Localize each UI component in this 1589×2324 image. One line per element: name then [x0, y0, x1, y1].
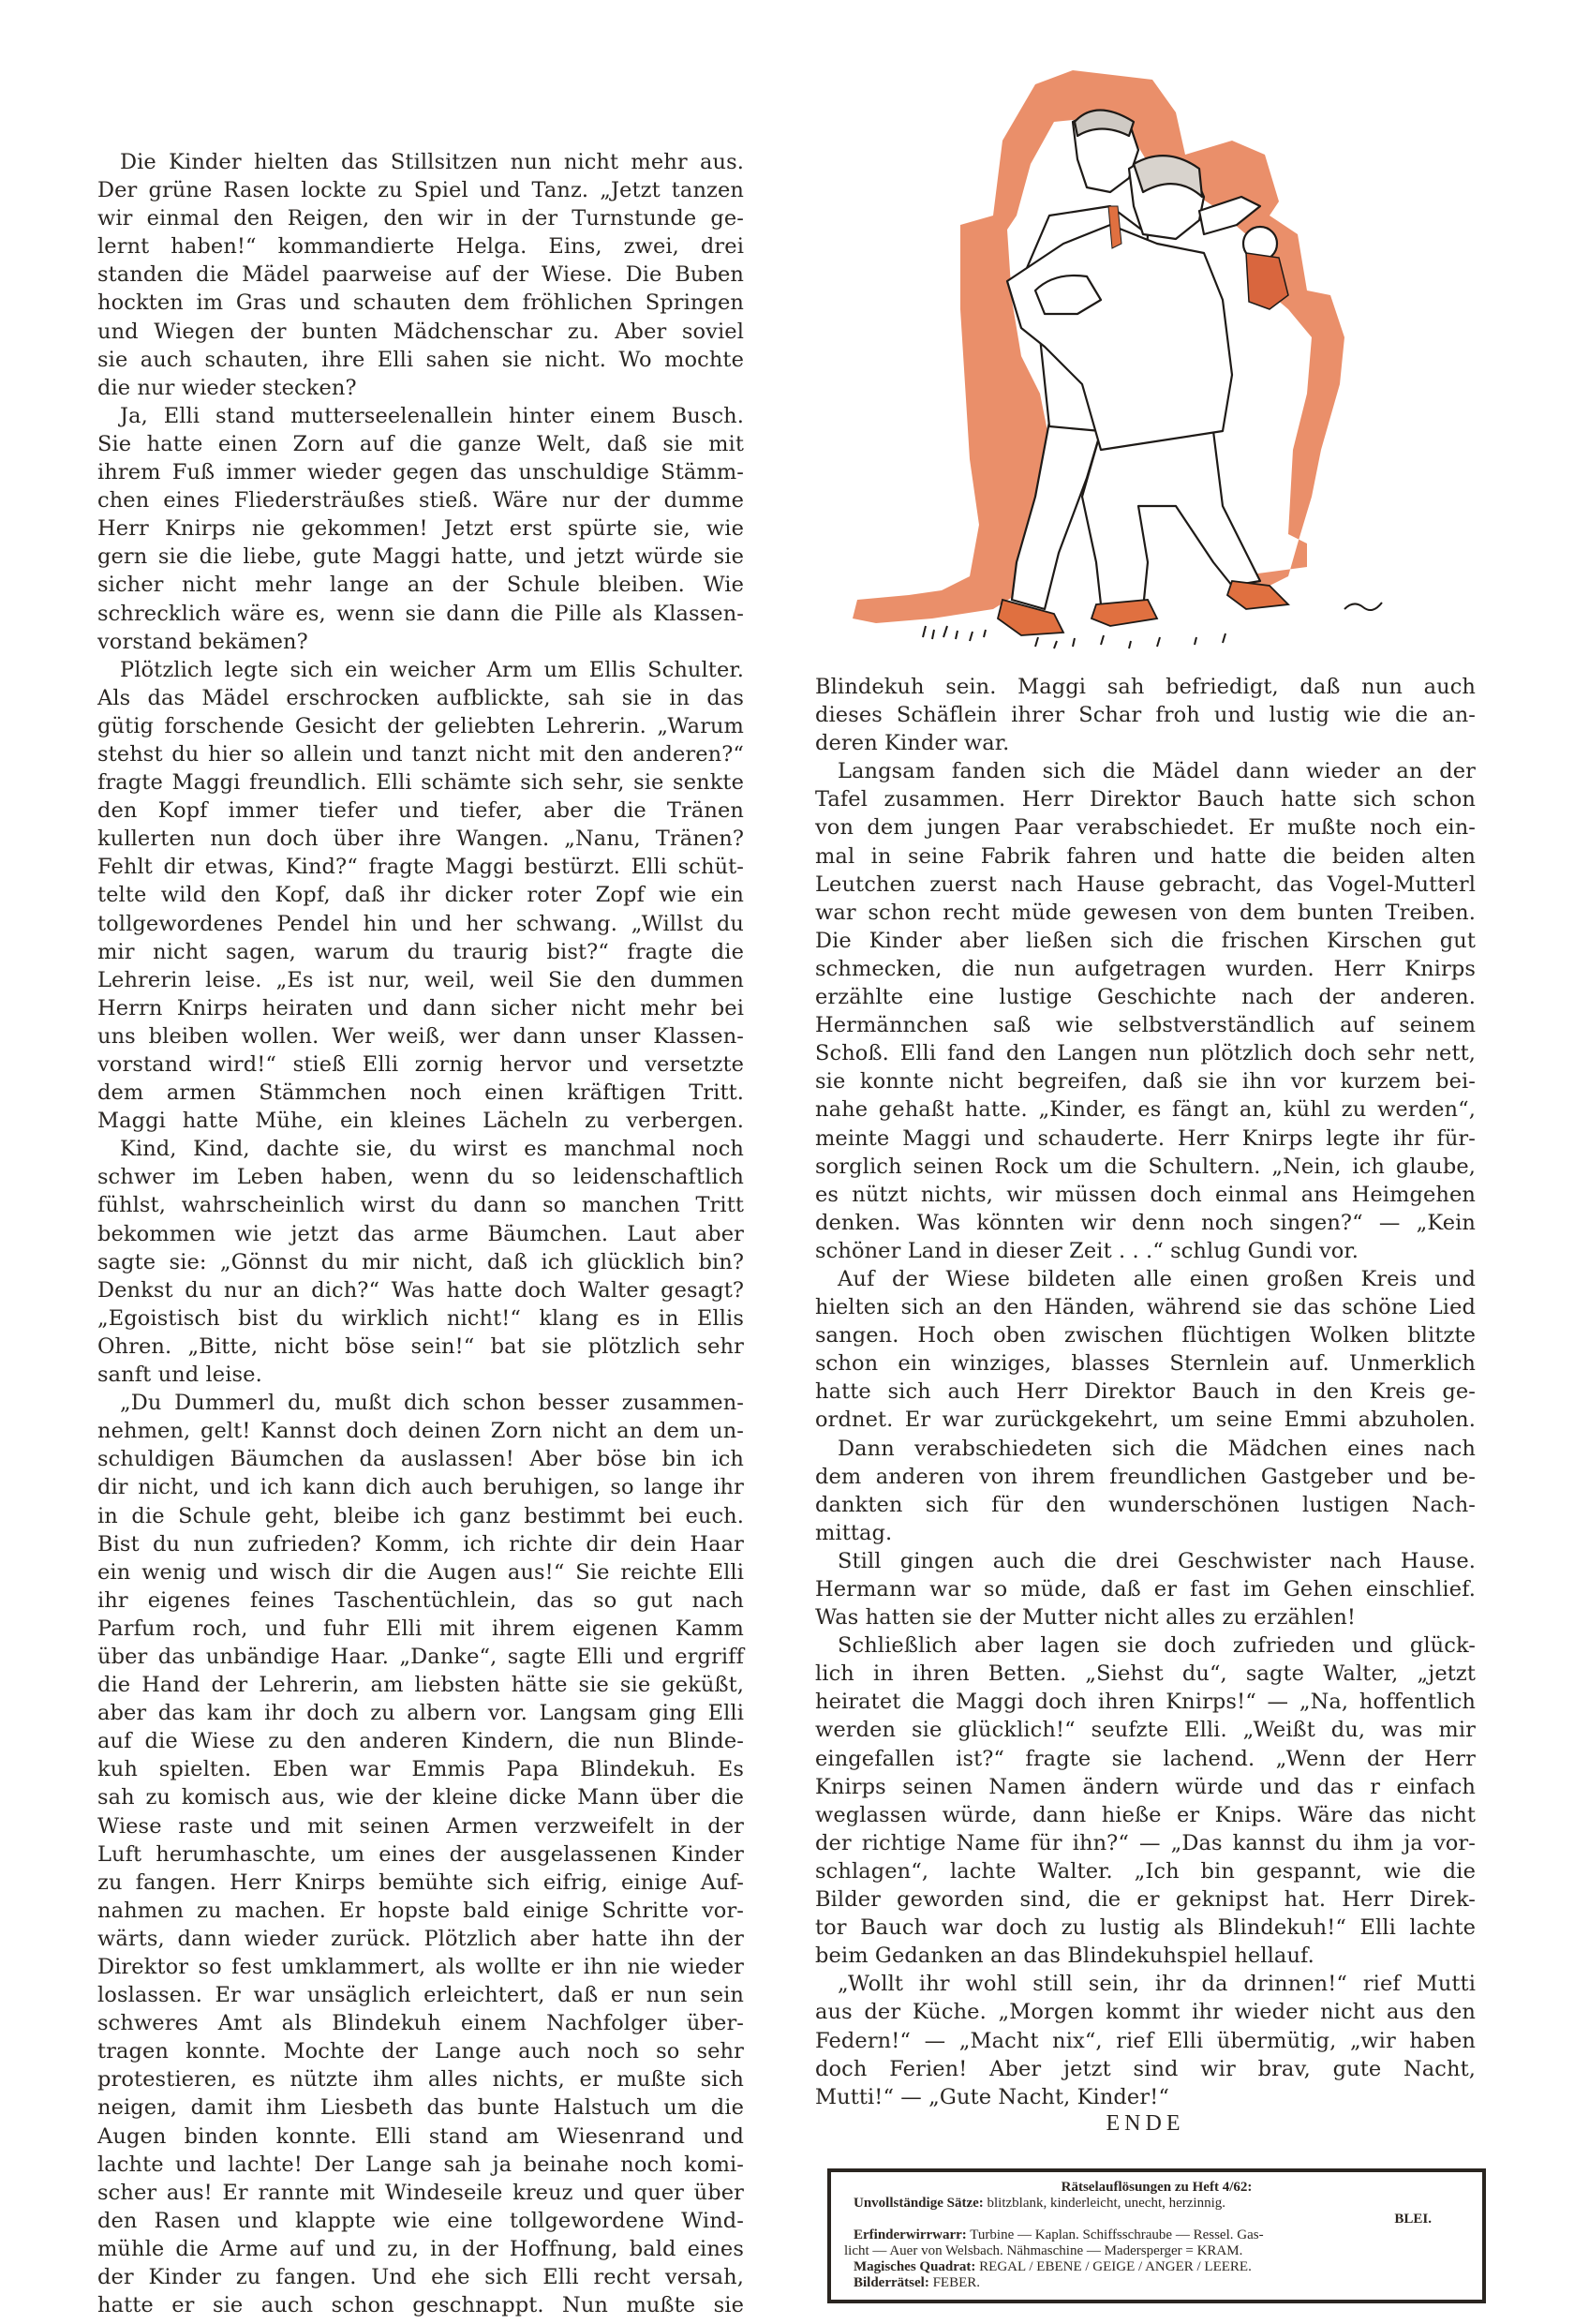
- text-line: Denkst du nur an dich?“ Was hatte doch W…: [97, 1276, 744, 1304]
- text-line: nahmen zu machen. Er hopste bald einige …: [97, 1897, 744, 1925]
- solution-incomplete-sentences: Unvollständige Sätze: blitzblank, kinder…: [844, 2196, 1469, 2212]
- text-line: Blindekuh sein. Maggi sah befriedigt, da…: [815, 673, 1476, 701]
- text-line: Federn!“ — „Macht nix“, rief Elli übermü…: [815, 2027, 1476, 2055]
- text-line: lich in ihren Betten. „Siehst du“, sagte…: [815, 1660, 1476, 1688]
- text-line: mal in seine Fabrik fahren und hatte die…: [815, 842, 1476, 871]
- text-line: Bilder geworden sind, die er geknipst ha…: [815, 1885, 1476, 1914]
- text-line: Maggi hatte Mühe, ein kleines Lächeln zu…: [97, 1107, 744, 1135]
- text-line: dieses Schäflein ihrer Schar froh und lu…: [815, 701, 1476, 729]
- solution-label: Bilderrätsel:: [854, 2275, 929, 2290]
- text-line: in die Schule geht, bleibe ich ganz best…: [97, 1502, 744, 1530]
- text-line: „Du Dummerl du, mußt dich schon besser z…: [97, 1389, 744, 1417]
- text-line: fühlst, wahrscheinlich wirst du dann so …: [97, 1191, 744, 1219]
- text-line: Hermann war so müde, daß er fast im Gehe…: [815, 1575, 1476, 1603]
- text-line: doch Ferien! Aber jetzt sind wir brav, g…: [815, 2055, 1476, 2083]
- text-line: tor Bauch war doch zu lustig als Blindek…: [815, 1914, 1476, 1942]
- solution-value: FEBER.: [929, 2275, 980, 2290]
- text-line: standen die Mädel paarweise auf der Wies…: [97, 261, 744, 289]
- text-line: fragte Maggi freundlich. Elli schämte si…: [97, 768, 744, 797]
- story-end-marker: ENDE: [815, 2111, 1476, 2137]
- text-line: dem anderen von ihrem freundlichen Gastg…: [815, 1463, 1476, 1491]
- text-line: die nur wieder stecken?: [97, 374, 744, 402]
- text-line: Sie hatte einen Zorn auf die ganze Welt,…: [97, 430, 744, 458]
- solution-picture-puzzle: Bilderrätsel: FEBER.: [844, 2275, 1469, 2291]
- text-line: Dann verabschiedeten sich die Mädchen ei…: [815, 1435, 1476, 1463]
- text-line: Ja, Elli stand mutterseelenallein hinter…: [97, 402, 744, 430]
- text-line: sah zu komisch aus, wie der kleine dicke…: [97, 1783, 744, 1811]
- text-line: war schon recht müde gewesen von dem bun…: [815, 899, 1476, 927]
- text-line: tollgewordenes Pendel hin und her schwan…: [97, 910, 744, 938]
- text-line: tragen konnte. Mochte der Lange auch noc…: [97, 2037, 744, 2065]
- text-line: schlagen“, lachte Walter. „Ich bin gespa…: [815, 1857, 1476, 1885]
- text-line: vorstand wird!“ stieß Elli zornig hervor…: [97, 1050, 744, 1079]
- right-text-column: Blindekuh sein. Maggi sah befriedigt, da…: [815, 673, 1476, 2111]
- text-line: den Rasen und klappte wie eine tollgewor…: [97, 2207, 744, 2235]
- solution-magic-square: Magisches Quadrat: REGAL / EBENE / GEIGE…: [844, 2259, 1469, 2275]
- text-line: Der grüne Rasen lockte zu Spiel und Tanz…: [97, 176, 744, 204]
- text-line: wir einmal den Reigen, den wir in der Tu…: [97, 204, 744, 232]
- text-line: werden sie glücklich!“ seufzte Elli. „We…: [815, 1716, 1476, 1744]
- text-line: sagte sie: „Gönnst du mir nicht, daß ich…: [97, 1248, 744, 1276]
- text-line: wärts, dann wieder zurück. Plötzlich abe…: [97, 1925, 744, 1953]
- solution-inventor-puzzle-cont: licht — Auer von Welsbach. Nähmaschine —…: [844, 2243, 1469, 2259]
- text-line: Hermännchen saß wie selbstverständlich a…: [815, 1011, 1476, 1039]
- text-line: hielten sich an den Händen, während sie …: [815, 1293, 1476, 1321]
- text-line: sie konnte nicht begreifen, daß sie ihn …: [815, 1067, 1476, 1095]
- text-line: beim Gedanken an das Blindekuhspiel hell…: [815, 1942, 1476, 1970]
- text-line: Direktor so fest umklammert, als wollte …: [97, 1953, 744, 1981]
- text-line: die Hand der Lehrerin, am liebsten hätte…: [97, 1671, 744, 1699]
- solution-value: REGAL / EBENE / GEIGE / ANGER / LEERE.: [975, 2259, 1251, 2274]
- text-line: nahe gehaßt hatte. „Kinder, es fängt an,…: [815, 1095, 1476, 1124]
- text-line: Luft herumhaschte, um eines der ausgelas…: [97, 1840, 744, 1869]
- solution-value: blitzblank, kinderleicht, unecht, herzin…: [984, 2196, 1225, 2211]
- text-line: der Kinder zu fangen. Und ehe sich Elli …: [97, 2263, 744, 2291]
- text-line: gern sie die liebe, gute Maggi hatte, un…: [97, 543, 744, 571]
- text-line: Kind, Kind, dachte sie, du wirst es manc…: [97, 1135, 744, 1163]
- text-line: und Wiegen der bunten Mädchenschar zu. A…: [97, 318, 744, 346]
- text-line: hatte er sie auch schon geschnappt. Nun …: [97, 2291, 744, 2319]
- text-line: deren Kinder war.: [815, 729, 1476, 757]
- text-line: aber das kam ihr doch zu albern vor. Lan…: [97, 1699, 744, 1727]
- text-line: „Egoistisch bist du wirklich nicht!“ kla…: [97, 1304, 744, 1333]
- text-line: dankten sich für den wunderschönen lusti…: [815, 1491, 1476, 1519]
- text-line: Herr Knirps nie gekommen! Jetzt erst spü…: [97, 514, 744, 543]
- text-line: Leutchen zuerst nach Hause gebracht, das…: [815, 871, 1476, 899]
- text-line: mühle die Arme auf und zu, in der Hoffnu…: [97, 2235, 744, 2263]
- text-line: Herrn Knirps heiraten und dann sicher ni…: [97, 994, 744, 1022]
- text-line: Knirps seinen Namen ändern würde und das…: [815, 1773, 1476, 1801]
- text-line: schwer im Leben haben, wenn du so leiden…: [97, 1163, 744, 1191]
- solution-inventor-puzzle: Erfinderwirrwarr: Turbine — Kaplan. Schi…: [844, 2227, 1469, 2243]
- text-line: dem armen Stämmchen noch einen kräftigen…: [97, 1079, 744, 1107]
- text-line: dir nicht, und ich kann dich auch beruhi…: [97, 1473, 744, 1501]
- text-line: mir nicht sagen, warum du traurig bist?“…: [97, 938, 744, 966]
- text-line: mittag.: [815, 1519, 1476, 1547]
- solutions-title: Rätselauflösungen zu Heft 4/62:: [844, 2180, 1469, 2196]
- text-line: von dem jungen Paar verabschiedet. Er mu…: [815, 813, 1476, 842]
- text-line: erzählte eine lustige Geschichte nach de…: [815, 983, 1476, 1011]
- puzzle-solutions-box: Rätselauflösungen zu Heft 4/62: Unvollst…: [827, 2168, 1486, 2303]
- text-line: eingefallen ist?“ fragte sie lachend. „W…: [815, 1745, 1476, 1773]
- text-line: uns bleiben wollen. Wer weiß, wer dann u…: [97, 1022, 744, 1050]
- text-line: den Kopf immer tiefer und tiefer, aber d…: [97, 797, 744, 825]
- text-line: denken. Was könnten wir denn noch singen…: [815, 1209, 1476, 1237]
- text-line: kullerten nun doch über ihre Wangen. „Na…: [97, 825, 744, 853]
- text-line: Plötzlich legte sich ein weicher Arm um …: [97, 656, 744, 684]
- text-line: gütig forschende Gesicht der geliebten L…: [97, 712, 744, 740]
- text-line: sorglich seinen Rock um die Schultern. „…: [815, 1153, 1476, 1181]
- text-line: ein wenig und wisch dir die Augen aus!“ …: [97, 1558, 744, 1587]
- text-line: sanft und leise.: [97, 1361, 744, 1389]
- text-line: neigen, damit ihm Liesbeth das bunte Hal…: [97, 2093, 744, 2122]
- text-line: stehst du hier so allein und tanzt nicht…: [97, 740, 744, 768]
- text-line: auf die Wiese zu den anderen Kindern, di…: [97, 1727, 744, 1755]
- text-line: zu fangen. Herr Knirps bemühte sich eifr…: [97, 1869, 744, 1897]
- text-line: Die Kinder aber ließen sich die frischen…: [815, 927, 1476, 955]
- text-line: scher aus! Er rannte mit Windeseile kreu…: [97, 2179, 744, 2207]
- text-line: hatte sich auch Herr Direktor Bauch in d…: [815, 1378, 1476, 1406]
- text-line: vorstand bekämen?: [97, 628, 744, 656]
- text-line: weglassen würde, dann hieße er Knips. Wä…: [815, 1801, 1476, 1829]
- solution-extra: BLEI.: [844, 2212, 1469, 2227]
- text-line: meinte Maggi und schauderte. Herr Knirps…: [815, 1125, 1476, 1153]
- text-line: schöner Land in dieser Zeit . . .“ schlu…: [815, 1237, 1476, 1265]
- text-line: der richtige Name für ihn?“ — „Das kanns…: [815, 1829, 1476, 1857]
- text-line: ihr eigenes feines Taschentüchlein, das …: [97, 1587, 744, 1615]
- text-line: bekommen wie jetzt das arme Bäumchen. La…: [97, 1220, 744, 1248]
- text-line: schon ein winziges, blasses Sternlein au…: [815, 1349, 1476, 1378]
- text-line: Langsam fanden sich die Mädel dann wiede…: [815, 757, 1476, 785]
- text-line: Still gingen auch die drei Geschwister n…: [815, 1547, 1476, 1575]
- text-line: aus der Küche. „Morgen kommt ihr wieder …: [815, 1998, 1476, 2026]
- solution-label: Erfinderwirrwarr:: [854, 2227, 967, 2242]
- text-line: Wiese raste und mit seinen Armen verzwei…: [97, 1812, 744, 1840]
- text-line: es nützt nichts, wir müssen doch einmal …: [815, 1181, 1476, 1209]
- text-line: Auf der Wiese bildeten alle einen großen…: [815, 1265, 1476, 1293]
- text-line: protestieren, es nützte ihm alles nichts…: [97, 2065, 744, 2093]
- text-line: über das unbändige Haar. „Danke“, sagte …: [97, 1643, 744, 1671]
- text-line: telte wild den Kopf, daß ihr dicker rote…: [97, 881, 744, 909]
- text-line: nehmen, gelt! Kannst doch deinen Zorn ni…: [97, 1417, 744, 1445]
- text-line: schuldigen Bäumchen da auslassen! Aber b…: [97, 1445, 744, 1473]
- text-line: schweres Amt als Blindekuh einem Nachfol…: [97, 2009, 744, 2037]
- text-line: Was hatten sie der Mutter nicht alles zu…: [815, 1603, 1476, 1631]
- text-line: „Wollt ihr wohl still sein, ihr da drinn…: [815, 1970, 1476, 1998]
- text-line: sie auch schauten, ihre Elli sahen sie n…: [97, 346, 744, 374]
- text-line: Augen binden konnte. Elli stand am Wiese…: [97, 2123, 744, 2151]
- solution-label: Unvollständige Sätze:: [854, 2196, 984, 2211]
- text-line: schrecklich wäre es, wenn sie dann die P…: [97, 600, 744, 628]
- text-line: ihrem Fuß immer wieder gegen das unschul…: [97, 458, 744, 486]
- text-line: sicher nicht mehr lange an der Schule bl…: [97, 571, 744, 599]
- text-line: Die Kinder hielten das Stillsitzen nun n…: [97, 148, 744, 176]
- text-line: hockten im Gras und schauten dem fröhlic…: [97, 289, 744, 317]
- solution-value: Turbine — Kaplan. Schiffsschraube — Ress…: [967, 2227, 1264, 2242]
- text-line: chen eines Fliedersträußes stieß. Wäre n…: [97, 486, 744, 514]
- text-line: heiratet die Maggi doch ihren Knirps!“ —…: [815, 1688, 1476, 1716]
- text-line: Lehrerin leise. „Es ist nur, weil, weil …: [97, 966, 744, 994]
- text-line: Ohren. „Bitte, nicht böse sein!“ bat sie…: [97, 1333, 744, 1361]
- text-line: Fehlt dir etwas, Kind?“ fragte Maggi bes…: [97, 853, 744, 881]
- text-line: kuh spielten. Eben war Emmis Papa Blinde…: [97, 1755, 744, 1783]
- text-line: Bist du nun zufrieden? Komm, ich richte …: [97, 1530, 744, 1558]
- text-line: sangen. Hoch oben zwischen flüchtigen Wo…: [815, 1321, 1476, 1349]
- text-line: lachte und lachte! Der Lange sah ja bein…: [97, 2151, 744, 2179]
- left-text-column: Die Kinder hielten das Stillsitzen nun n…: [97, 148, 744, 2319]
- text-line: schmecken, die nun aufgetragen wurden. H…: [815, 955, 1476, 983]
- text-line: Schoß. Elli fand den Langen nun plötzlic…: [815, 1039, 1476, 1067]
- text-line: ordnet. Er war zurückgekehrt, um seine E…: [815, 1406, 1476, 1434]
- solution-label: Magisches Quadrat:: [854, 2259, 975, 2274]
- dancing-men-illustration-icon: [820, 56, 1494, 665]
- text-line: Parfum roch, und fuhr Elli mit ihrem eig…: [97, 1615, 744, 1643]
- text-line: Mutti!“ — „Gute Nacht, Kinder!“: [815, 2083, 1476, 2111]
- text-line: lernt haben!“ kommandierte Helga. Eins, …: [97, 232, 744, 261]
- text-line: loslassen. Er war unsäglich erleichtert,…: [97, 1981, 744, 2009]
- text-line: Schließlich aber lagen sie doch zufriede…: [815, 1631, 1476, 1660]
- text-line: Als das Mädel erschrocken aufblickte, sa…: [97, 684, 744, 712]
- text-line: Tafel zusammen. Herr Direktor Bauch hatt…: [815, 785, 1476, 813]
- story-illustration: [820, 56, 1494, 665]
